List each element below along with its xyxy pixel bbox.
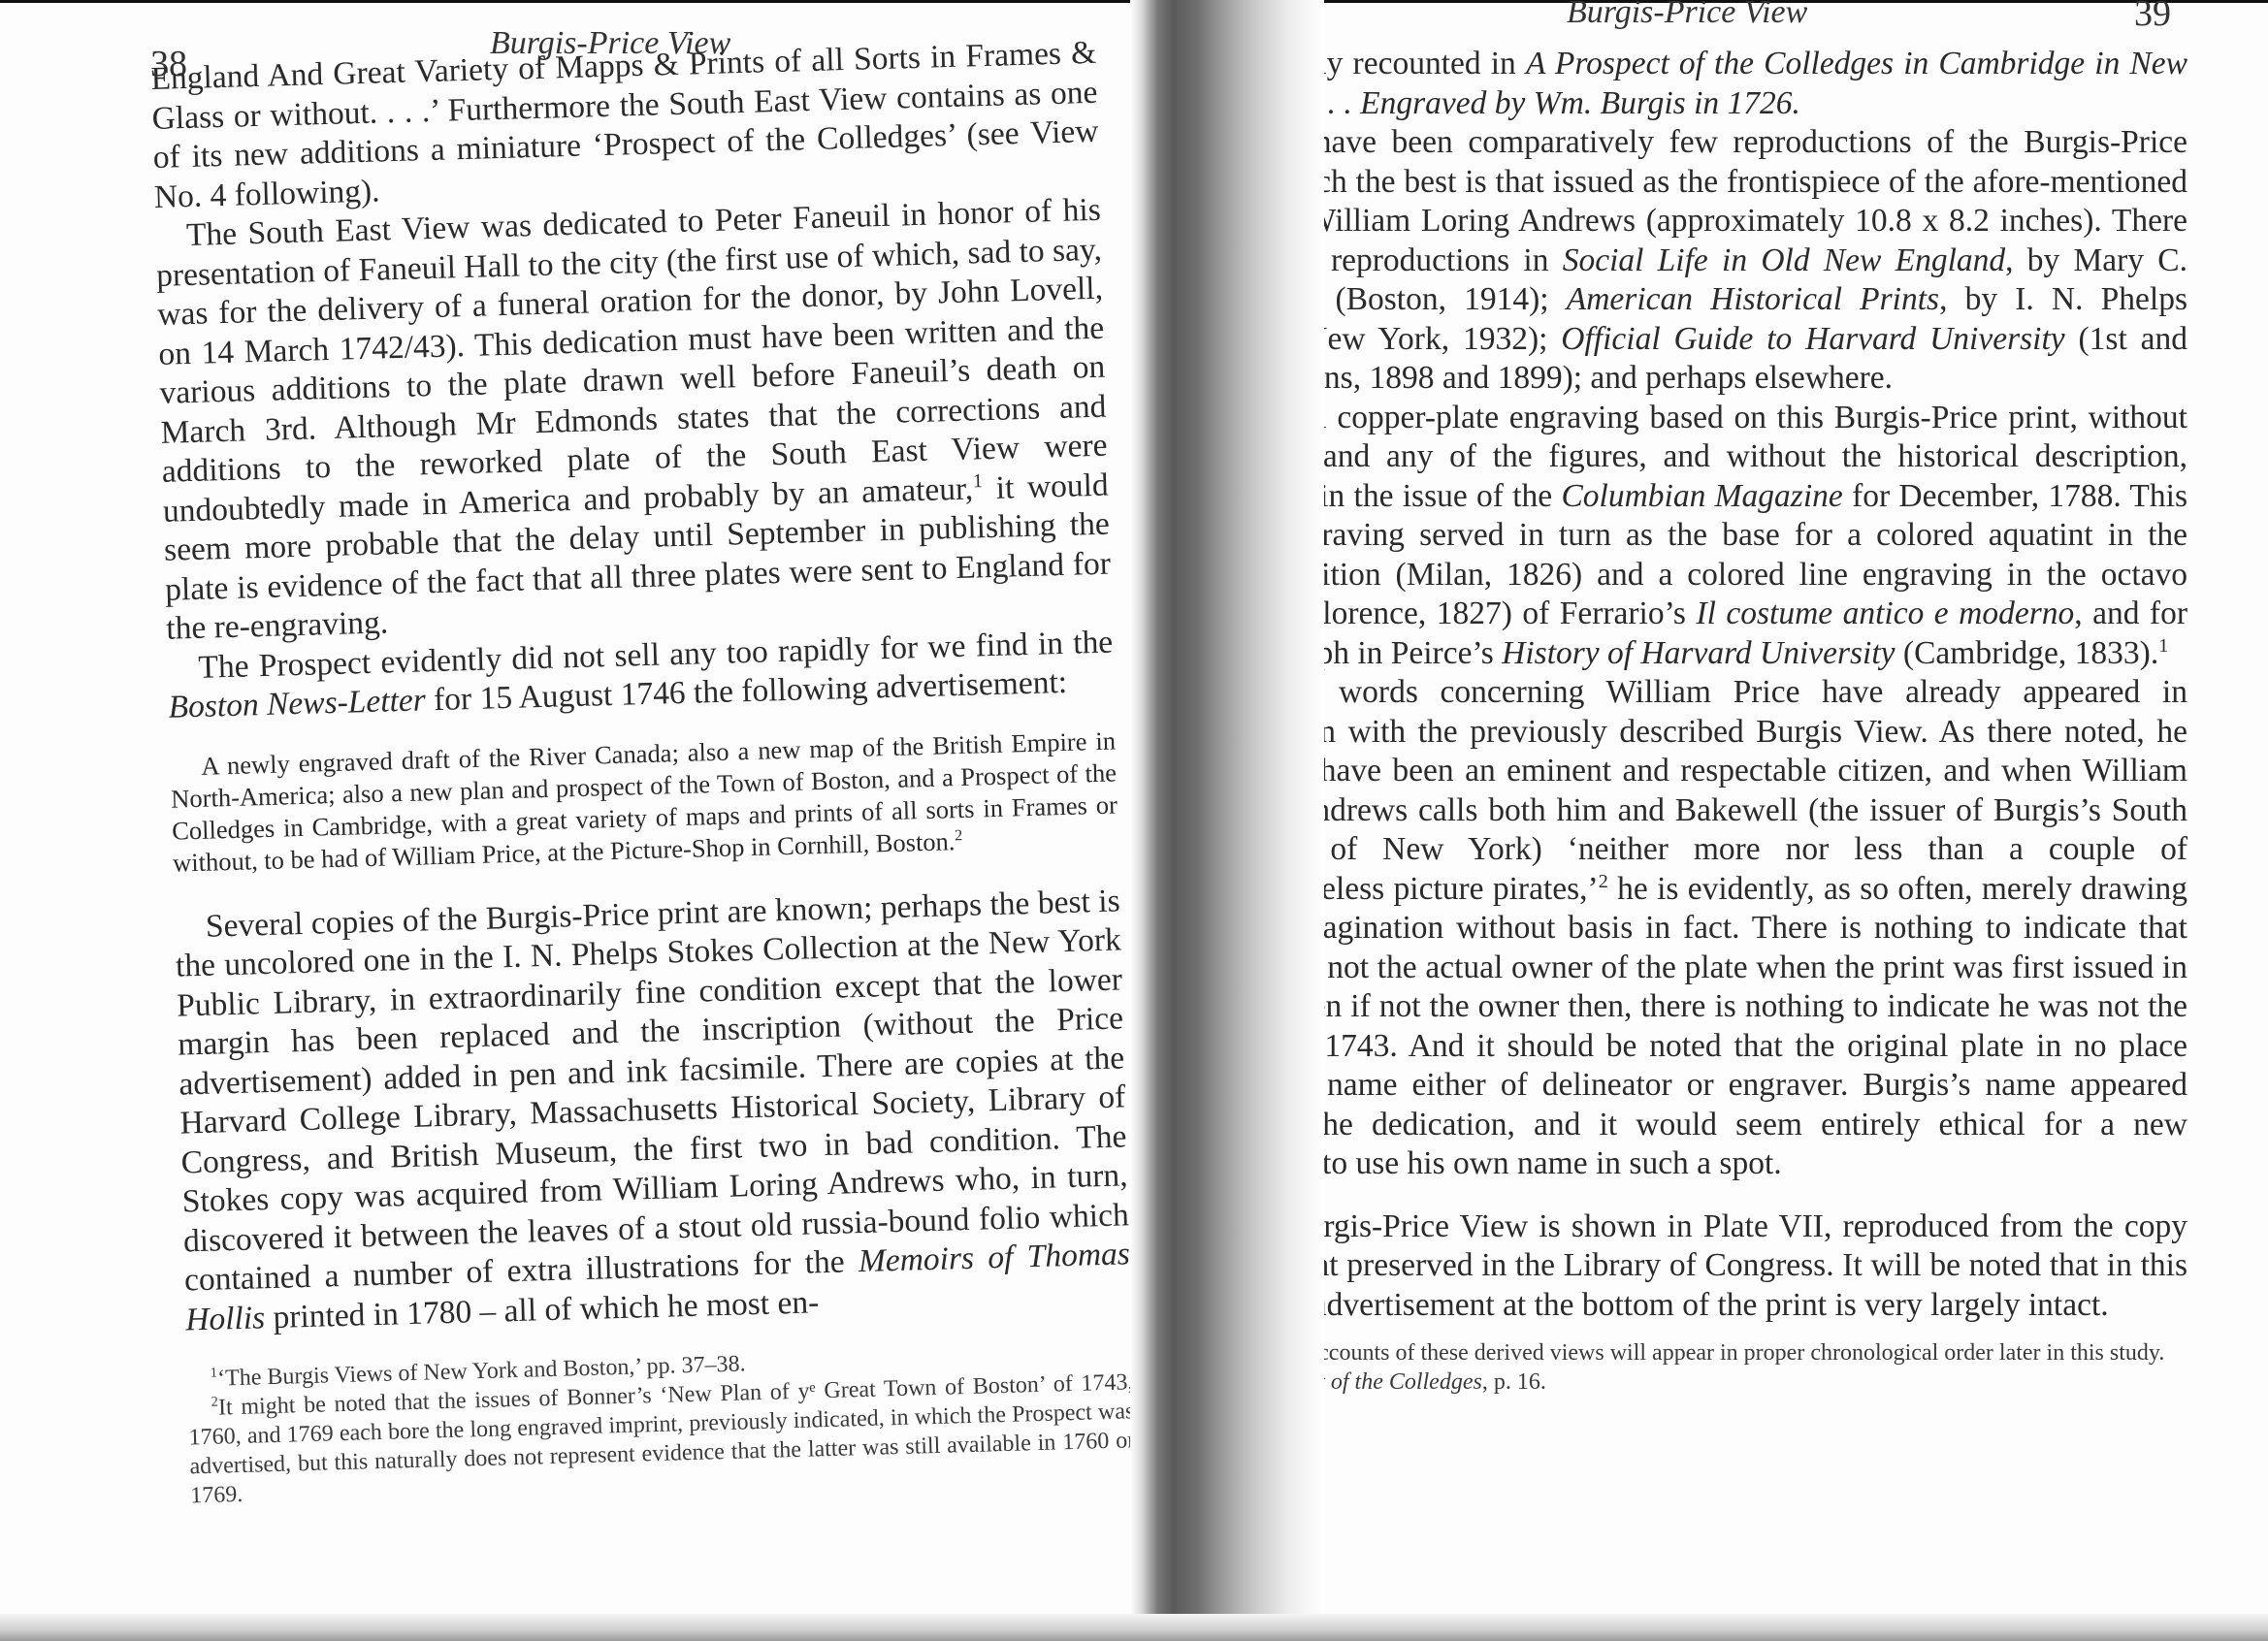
paragraph: There have been comparatively few reprod… [1193,123,2187,399]
publication-title: Il costume antico e moderno [1696,595,2074,631]
footnote-ref[interactable]: 2 [955,827,962,844]
left-body: England And Great Variety of Mapps & Pri… [150,34,1136,1511]
footnote: 1Detailed accounts of these derived view… [1193,1338,2187,1367]
publication-title: History of Harvard University [1502,635,1895,671]
footnotes: 1Detailed accounts of these derived view… [1193,1338,2187,1397]
running-head: Burgis-Price View [1567,0,1807,31]
advertisement-quote: A newly engraved draft of the River Cana… [170,724,1118,879]
footnotes: 1‘The Burgis Views of New York and Bosto… [187,1338,1137,1510]
page-number: 39 [2134,0,2171,35]
paragraph: The South East View was dedicated to Pet… [155,191,1113,650]
publication-title: American Historical Prints [1567,281,1939,317]
paragraph: England And Great Variety of Mapps & Pri… [150,34,1100,217]
right-body: tertainingly recounted in A Prospect of … [1193,33,2187,1397]
paragraph: Several copies of the Burgis-Price print… [174,882,1131,1340]
book-spread: 38 Burgis-Price View England And Great V… [0,0,2268,1641]
paragraph: A small copper-plate engraving based on … [1193,399,2187,674]
footnote-ref[interactable]: 1 [2158,634,2168,656]
footnote: 2A Prospect of the Colledges, p. 16. [1193,1367,2187,1397]
paragraph: A few words concerning William Price hav… [1193,673,2187,1184]
publication-title: Social Life in Old New England [1563,242,2005,278]
book-gutter-shadow [1130,0,1324,1641]
footnote-ref[interactable]: 2 [1599,870,1608,891]
publication-title: Boston News-Letter [168,682,426,724]
publication-title: Columbian Magazine [1561,478,1842,514]
paragraph: tertainingly recounted in A Prospect of … [1193,45,2187,123]
paragraph: The Burgis-Price View is shown in Plate … [1193,1207,2187,1326]
publication-title: Official Guide to Harvard University [1561,321,2064,357]
footnote-ref[interactable]: 1 [973,470,984,492]
scan-bottom-edge [0,1614,2268,1641]
